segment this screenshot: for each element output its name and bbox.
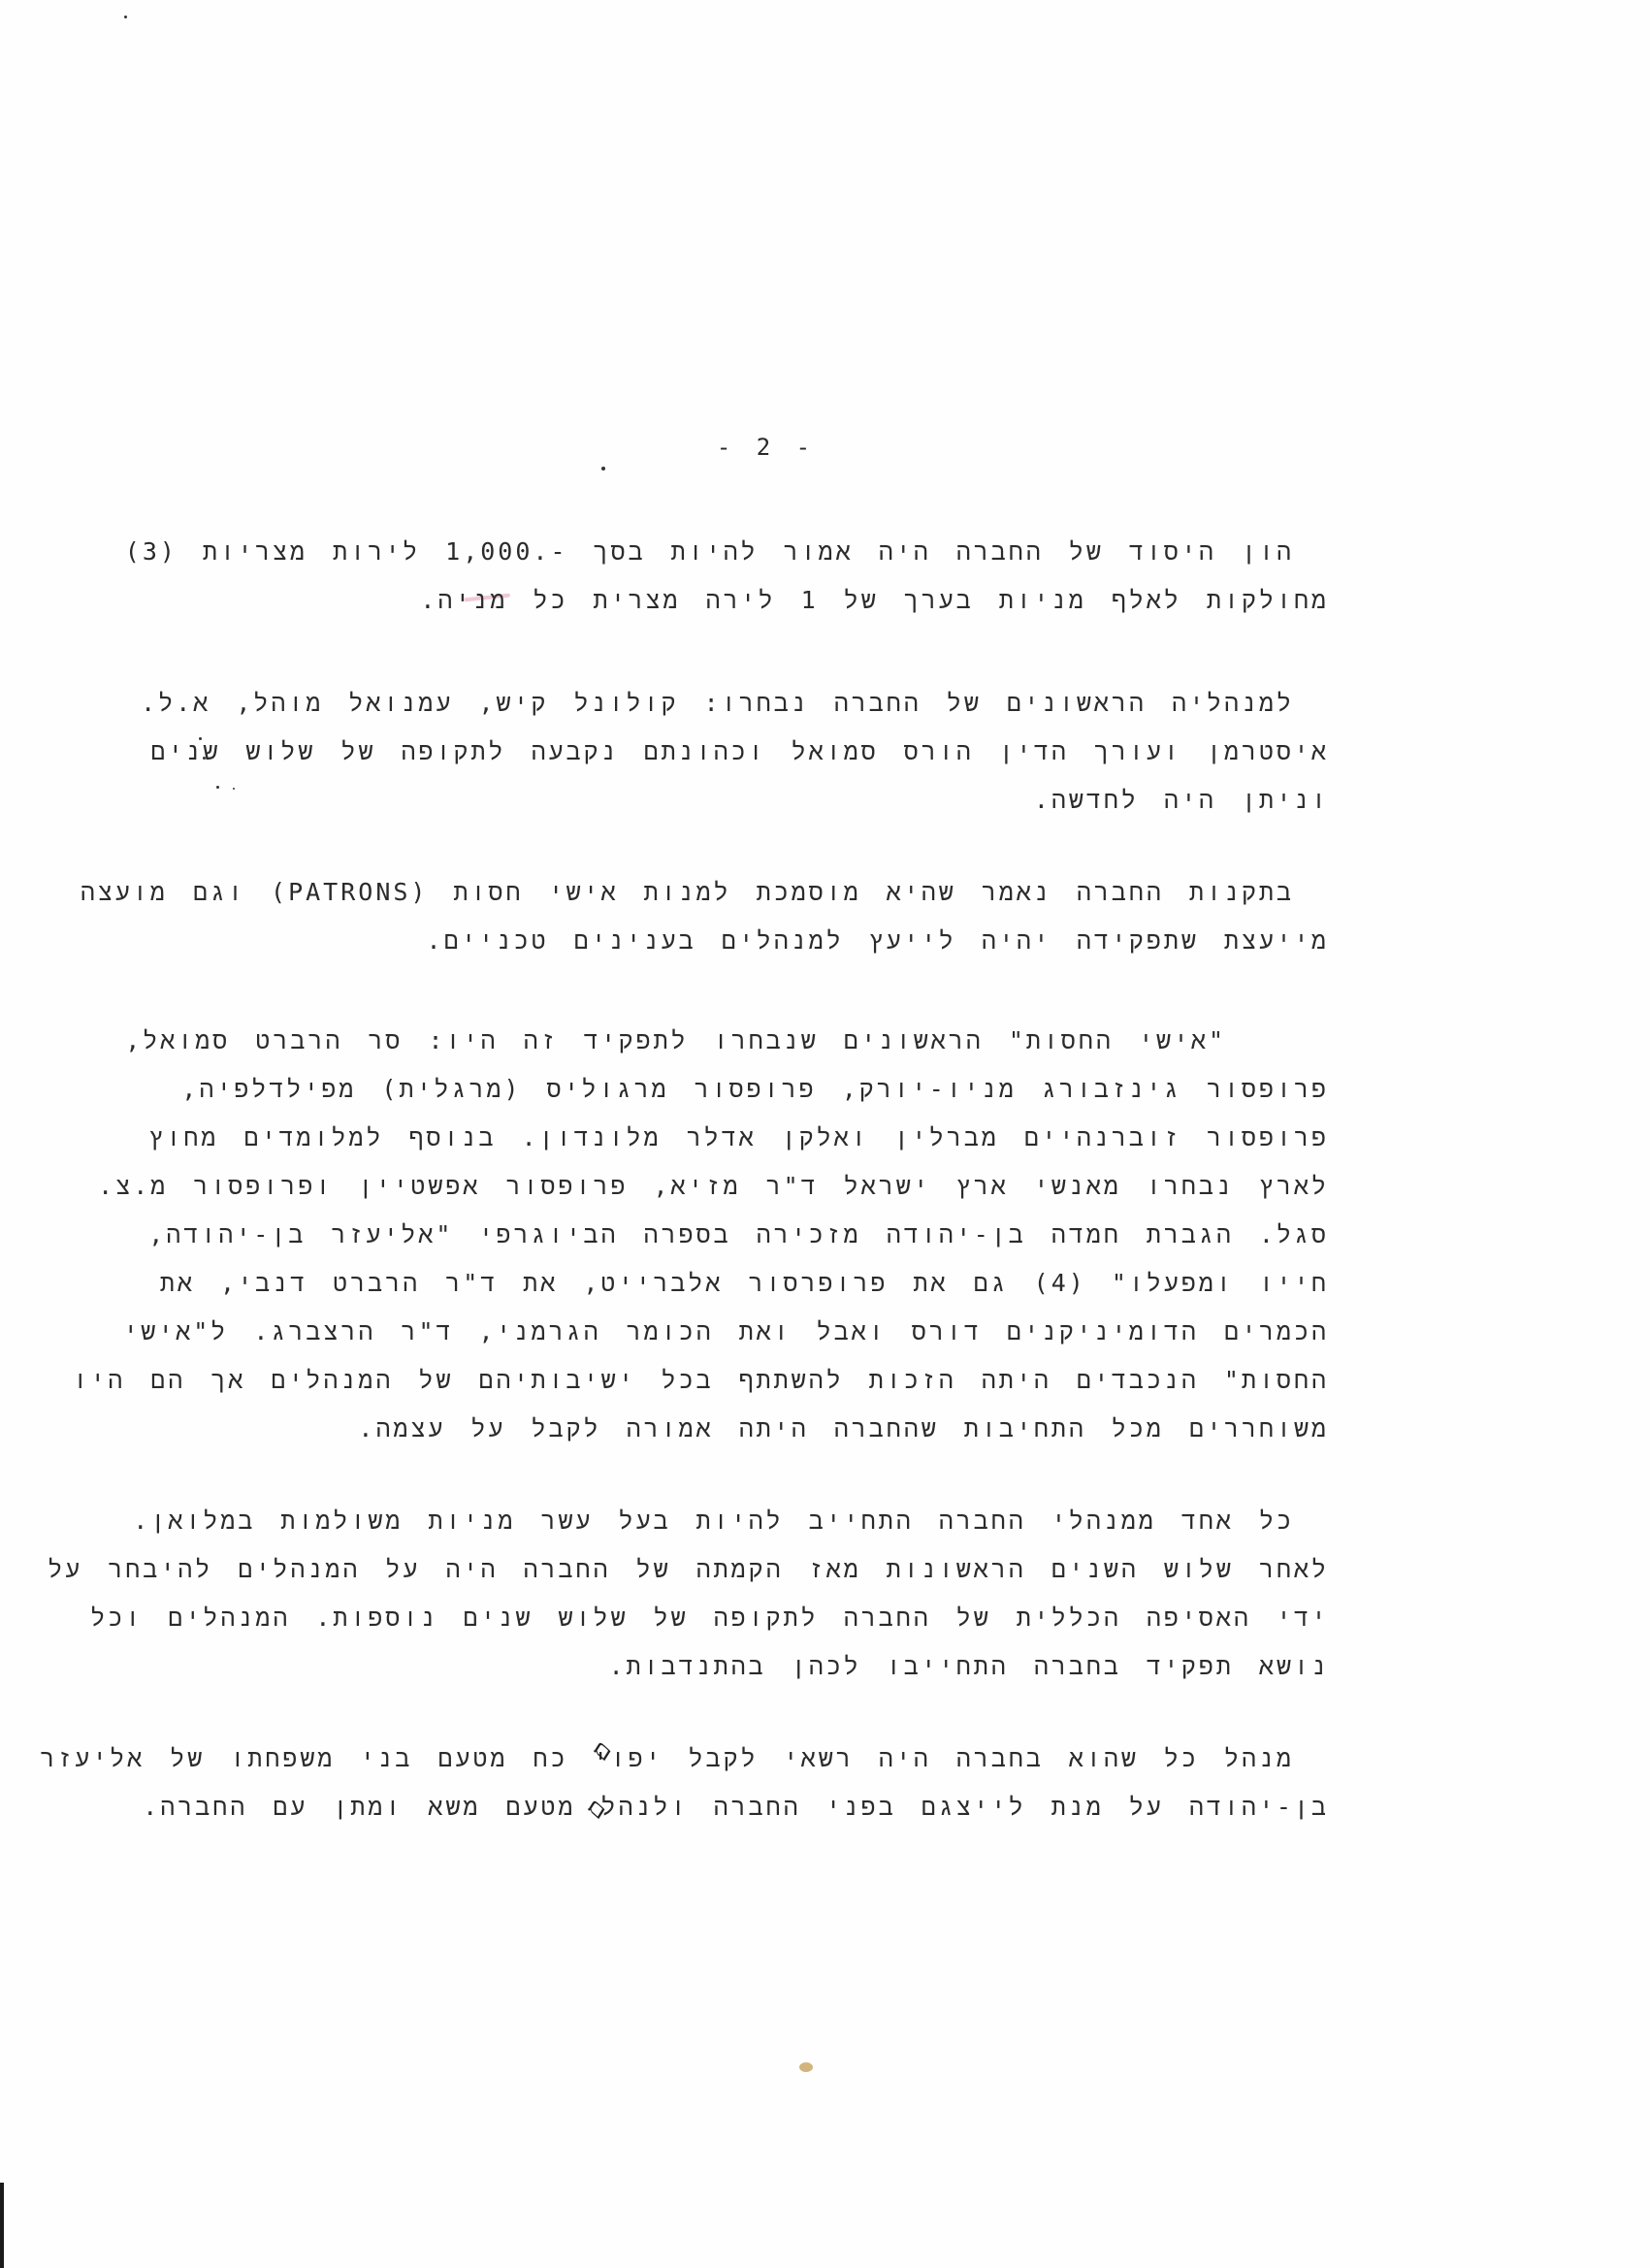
paragraph-line: סגל. הגברת חמדה בן-יהודה מזכירה בספרה הב… (213, 1211, 1329, 1259)
paragraph-line: לאחר שלוש השנים הראשונות מאז הקמתה של הח… (213, 1545, 1329, 1594)
page-number: - 2 - (0, 434, 1533, 461)
paragraph-line: בן-יהודה על מנת לייצגם בפני החברה ולנהל … (213, 1783, 1329, 1831)
paragraph-2: למנהליה הראשונים של החברה נבחרו: קולונל … (213, 679, 1329, 825)
paragraph-text: וגם מועצה (81, 878, 245, 906)
paragraph-5: כל אחד ממנהלי החברה התחייב להיות בעל עשר… (213, 1497, 1329, 1691)
paragraph-line: חייו ומפעלו" (4) גם את פרופרסור אלברייט,… (213, 1259, 1329, 1308)
paragraph-line: "אישי החסות" הראשונים שנבחרו לתפקיד זה ה… (213, 1017, 1329, 1065)
paper-stain (799, 2062, 813, 2072)
paragraph-4: "אישי החסות" הראשונים שנבחרו לתפקיד זה ה… (213, 1017, 1329, 1453)
paragraph-line: פרופסור זוברנהיים מברלין ואלקן אדלר מלונ… (213, 1114, 1329, 1162)
paragraph-line: איסטרמן ועורך הדין הורס סמואל וכהונתם נק… (213, 728, 1329, 776)
paragraph-line: הון היסוד של החברה היה אמור להיות בסך -.… (213, 528, 1329, 576)
paragraph-line: מחולקות לאלף מניות בערך של 1 לירה מצרית … (213, 576, 1329, 625)
paragraph-line: משוחררים מכל התחיבות שהחברה היתה אמורה ל… (213, 1405, 1329, 1453)
paragraph-text: בתקנות החברה נאמר שהיא מוסמכת למנות אישי… (454, 878, 1294, 906)
paragraph-line: פרופסור גינזבורג מניו-יורק, פרופסור מרגו… (213, 1065, 1329, 1114)
paragraph-line: מנהל כל שהוא בחברה היה רשאי לקבל יפוי כח… (213, 1734, 1329, 1783)
paragraph-line: למנהליה הראשונים של החברה נבחרו: קולונל … (213, 679, 1329, 728)
patrons-term: (PATRONS) (271, 878, 428, 906)
paragraph-line: כל אחד ממנהלי החברה התחייב להיות בעל עשר… (213, 1497, 1329, 1545)
paragraph-line: החסות" הנכבדים היתה הזכות להשתתף בכל ישי… (213, 1356, 1329, 1405)
paragraph-line: וניתן היה לחדשה. (213, 776, 1329, 825)
scanned-document-page: - 2 - הון היסוד של החברה היה אמור להיות … (0, 0, 1649, 2268)
paragraph-line: בתקנות החברה נאמר שהיא מוסמכת למנות אישי… (213, 868, 1329, 917)
paragraph-line: לארץ נבחרו מאנשי ארץ ישראל ד"ר מזיא, פרו… (213, 1162, 1329, 1211)
paragraph-3: בתקנות החברה נאמר שהיא מוסמכת למנות אישי… (213, 868, 1329, 965)
paragraph-6: מנהל כל שהוא בחברה היה רשאי לקבל יפוי כח… (213, 1734, 1329, 1831)
paragraph-line: ידי האסיפה הכללית של החברה לתקופה של שלו… (213, 1594, 1329, 1642)
scan-speck (601, 467, 605, 470)
paragraph-line: הכמרים הדומיניקנים דורס ואבל ואת הכומר ה… (213, 1308, 1329, 1356)
paragraph-1: הון היסוד של החברה היה אמור להיות בסך -.… (213, 528, 1329, 625)
scan-edge-shadow (0, 2183, 4, 2268)
paragraph-line: מייעצת שתפקידה יהיה לייעץ למנהלים בעניני… (213, 917, 1329, 965)
paragraph-line: נושא תפקיד בחברה התחייבו לכהן בהתנדבות. (213, 1642, 1329, 1691)
scan-speck (124, 16, 127, 18)
